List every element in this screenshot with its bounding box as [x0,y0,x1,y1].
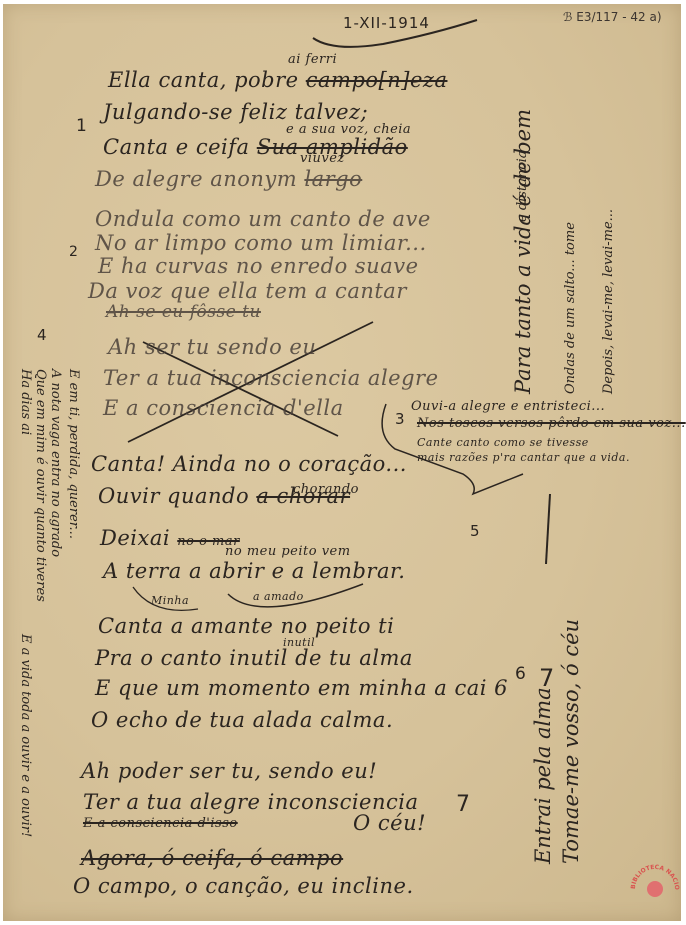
library-stamp-icon: BIBLIOTECA NACIONAL [629,859,681,911]
manuscript-line-24: O campo, o canção, eu incline. [73,874,414,898]
manuscript-line-22-deleted: E a consciencia d'isso [83,816,238,831]
manuscript-line-18: Pra o canto inutil de tu alma [95,646,413,670]
insertion-amado: a amado [253,590,304,603]
section-number-7b: 7 [456,792,470,817]
vertical-margin-text: Tomae-me vosso, ó céu [559,619,583,864]
left-margin-text: Que em mim é ouvir quanto tiveres [33,369,48,602]
manuscript-line-13: Canta! Ainda no o coração... [91,452,407,476]
left-margin-text: E a vida toda a ouvir e a ouvir! [18,634,33,837]
manuscript-line-21: Ah poder ser tu, sendo eu! [81,759,377,783]
manuscript-line-7: E ha curvas no enredo suave [98,254,419,278]
manuscript-page: 1-XII-1914 ℬ E3/117 - 42 a) 1 2 3 4 5 6 … [3,4,681,921]
right-stanza-line-4: mais razões p'ra cantar que a vida. [417,451,630,464]
left-margin-text: E em ti, perdida, querer... [66,369,81,539]
section-number-6: 6 [515,664,526,684]
right-stanza-line-3: Cante canto como se tivesse [417,436,589,449]
insertion: no meu peito vem [225,544,351,559]
section-number-5: 5 [470,522,480,540]
right-stanza-line-1: Ouvi-a alegre e entristeci... [411,399,605,414]
manuscript-line-10: Ah ser tu sendo eu [108,335,316,359]
manuscript-line-15: Deixai no o mar [100,526,240,550]
manuscript-line-22-tail: O céu! [353,811,426,835]
manuscript-line-8: Da voz que ella tem a cantar [88,279,407,303]
vertical-margin-text: Entrai pela alma [531,687,555,864]
manuscript-line-3: Canta e ceifa Sua amplidão [103,135,408,159]
manuscript-line-12: E a consciencia d'ella [103,396,344,420]
manuscript-line-23: Agora, ó ceifa, ó campo [81,846,343,870]
section-number-3: 3 [395,410,405,428]
manuscript-line-5: Ondula como um canto de ave [95,207,431,231]
insertion: chorando [293,482,359,497]
manuscript-line-20: O echo de tua alada calma. [91,708,393,732]
manuscript-line-2: Julgando-se feliz talvez; [103,100,368,124]
insertion: viuvez [300,151,345,166]
manuscript-line-6: No ar limpo como um limiar... [95,231,427,255]
section-number-2: 2 [69,244,78,260]
manuscript-line-9: Ah se eu fôsse tu [106,302,261,322]
manuscript-line-17: Canta a amante no peito ti [98,614,394,638]
section-number-4: 4 [37,326,47,344]
vertical-margin-text: Depois, levai-me, levai-me... [601,209,616,394]
section-number-1: 1 [76,116,87,136]
vertical-margin-text: Para tanto a vida é de bem [511,109,535,394]
insertion: ai ferri [288,52,337,67]
manuscript-line-19: E que um momento em minha a cai 6 [95,676,508,700]
right-stanza-line-2: Nos toscos versos pêrdo em sua voz... [417,416,686,431]
manuscript-line-4: De alegre anonym largo [95,167,362,191]
insertion-minha: Minha [151,594,189,607]
left-margin-text: Ha dias ai [18,369,33,435]
manuscript-line-1: Ella canta, pobre campo[n]eza [108,68,447,92]
vertical-margin-text: Ondas de um salto... tome [563,222,578,394]
manuscript-line-11: Ter a tua inconsciencia alegre [103,366,439,390]
left-margin-text: A nota vaga entra no agrado [48,369,63,557]
manuscript-line-16: A terra a abrir e a lembrar. [103,559,405,583]
